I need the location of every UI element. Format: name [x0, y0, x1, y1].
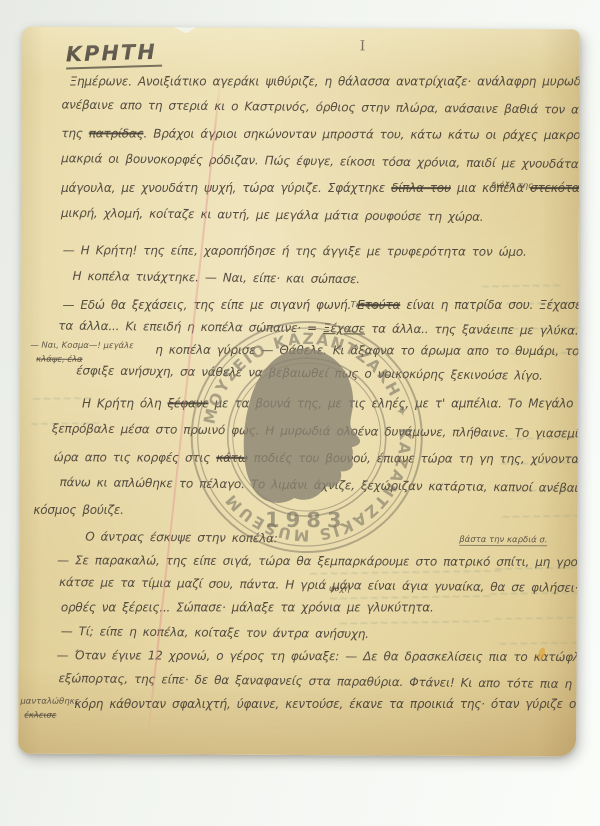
page-numeral: I	[360, 38, 366, 54]
manuscript-line: κάτσε με τα τίμια μαζί σου, πάντα. Η γρι…	[59, 575, 580, 595]
ink-bleedthrough-layer: ~~~~~~~~~~~~~~~~~~~~~~~~~~~~~~~~~~~~~~~~…	[22, 27, 580, 30]
margin-note-psyche: ψυχή	[329, 584, 350, 594]
manuscript-line: — Η Κρήτη! της είπε, χαροπήδησε ή της άγ…	[63, 243, 527, 259]
kazantzakis-profile-silhouette-icon	[243, 348, 360, 503]
margin-note-tetia: Τέτοια	[350, 300, 379, 310]
manuscript-page: ΚΡΗΤΗ I ~~~~~~~~~~~~~~~~~~~~~~~~~~~~~~~~…	[18, 27, 580, 757]
handwritten-text-layer: Ξημέρωνε. Ανοιξιάτικο αγεράκι ψιθύριζε, …	[22, 27, 580, 30]
bleedthrough-squiggle: ~~~~~~~~~~	[501, 509, 580, 524]
manuscript-line: κόσμος βούιζε.	[33, 503, 123, 517]
margin-note-kosma2: κλάψε, έλα	[36, 355, 83, 365]
bleedthrough-squiggle: ~~~~~~~~~~~	[494, 610, 580, 625]
margin-notes-layer: διόλα τηςΤέτοια— Ναι, Κοσμα—! μεγάλεκλάψ…	[22, 27, 580, 30]
manuscript-line: — Εδώ θα ξεχάσεις, της είπε με σιγανή φω…	[62, 298, 579, 312]
manuscript-line: Η κοπέλα τινάχτηκε. — Ναι, είπε· και σώπ…	[73, 269, 360, 286]
stamp-year: 1983	[265, 508, 348, 532]
manuscript-line: μικρή, χλομή, κοίταζε κι αυτή, με μεγάλα…	[61, 206, 484, 224]
museum-stamp: ΜΟΥΣΕΙΟ ΚΑΖΑΝΤΖΑΚΗ ✦ KAZANTZAKIS MUSEUM …	[182, 312, 431, 561]
manuscript-line: εξώπορτας, της είπε· δε θα ξαναφανείς στ…	[58, 671, 572, 691]
manuscript-line: ορθές να ξέρεις... Σώπασε· μάλαξε τα χρό…	[61, 601, 434, 615]
paper-tear-notch	[172, 27, 198, 34]
margin-note-diola: διόλα της	[491, 181, 533, 191]
margin-note-kosma: — Ναι, Κοσμα—! μεγάλε	[30, 341, 134, 352]
manuscript-line: μακριά οι βουνοκορφές ρόδιζαν. Πώς έφυγε…	[61, 151, 579, 171]
manuscript-line: ανέβαινε απο τη στεριά κι ο Καστρινός, ό…	[61, 98, 579, 117]
margin-note-metalave: μανταλώθηκε	[20, 697, 79, 707]
page-title: ΚΡΗΤΗ	[65, 40, 162, 70]
margin-note-vasta: βάστα την καρδιά σ.	[459, 535, 547, 546]
bleedthrough-squiggle: ~~~~~~~~~~	[499, 636, 580, 651]
manuscript-line: — Όταν έγινε 12 χρονώ, ο γέρος τη φώναξε…	[57, 648, 580, 664]
manuscript-line: της πατρίδας. Βράχοι άγριοι σηκώνονταν μ…	[61, 126, 580, 142]
margin-note-metalave2: έκλεισε	[24, 711, 56, 721]
bleedthrough-squiggle: ~~~~~~~~	[480, 279, 562, 293]
manuscript-line: Ξημέρωνε. Ανοιξιάτικο αγεράκι ψιθύριζε, …	[70, 74, 580, 88]
photo-backdrop: { "photo": { "backdrop_color": "#f0f3ee"…	[0, 0, 600, 826]
manuscript-line: — Τί; είπε η κοπέλα, κοίταξε τον άντρα α…	[61, 624, 369, 641]
